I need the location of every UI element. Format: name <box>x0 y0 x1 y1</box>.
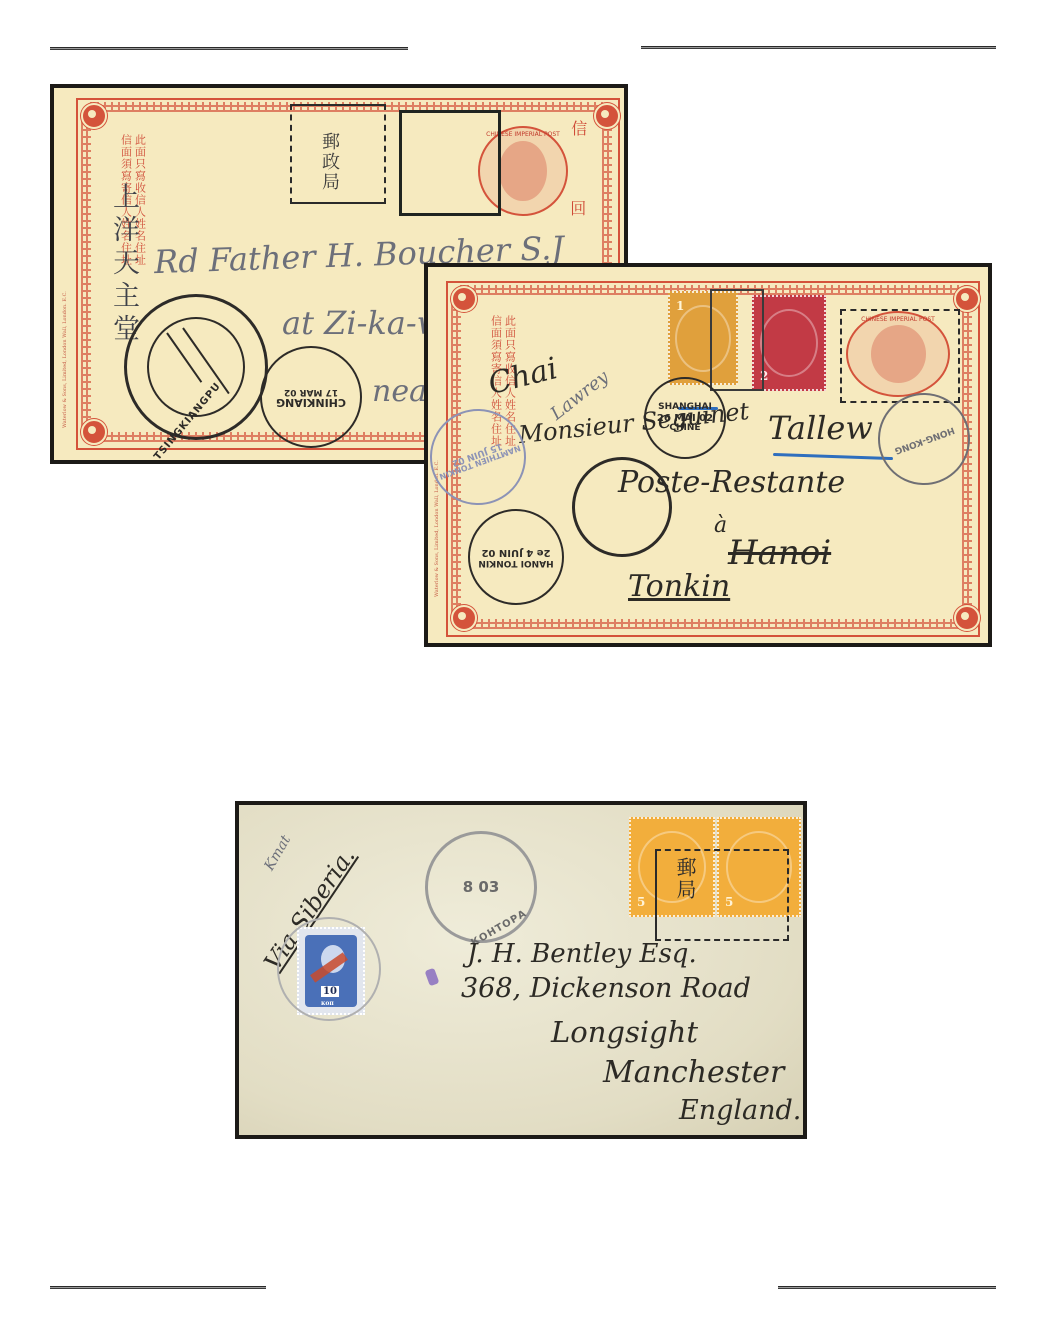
greek-key-border-bottom <box>460 619 966 629</box>
greek-key-border-left <box>81 114 91 432</box>
manuscript-chinese: 上洋天主堂 <box>104 182 143 347</box>
yin-yang-icon <box>954 605 980 631</box>
envelope-via-siberia: Kmat Via Siberia. 8 03 КОНТОРА 5 5 郵局 10… <box>235 801 807 1139</box>
address-line: Tonkin <box>628 569 730 604</box>
address-line: Hanoi <box>728 533 831 573</box>
printer-imprint: Waterlow & Sons, Limited, London Wall, L… <box>62 208 68 428</box>
top-rule-left <box>50 47 408 50</box>
bottom-right-glyph: 回 <box>568 200 585 217</box>
postmark-russian-faint <box>277 917 381 1021</box>
address-line: Longsight <box>551 1015 698 1049</box>
address-line: à <box>714 513 727 538</box>
yin-yang-icon <box>81 103 107 129</box>
postmark-chinkiang: CHINKIANG 17 MAR 02 <box>260 346 362 448</box>
boxed-chop <box>710 289 764 391</box>
bottom-rule-left <box>50 1286 266 1289</box>
top-rule-right <box>641 46 996 49</box>
yin-yang-icon <box>81 419 107 445</box>
address-line: Manchester <box>603 1055 784 1090</box>
address-line: 368, Dickenson Road <box>461 973 751 1004</box>
address-line: Tallew <box>768 409 873 447</box>
address-line: England. <box>679 1095 801 1126</box>
top-right-glyph: 信 <box>569 120 586 137</box>
address-line: J. H. Bentley Esq. <box>467 939 697 969</box>
postcard-2: 此面只寫收信人姓名住址 信面須寫寄信人姓名住址 Waterlow & Sons,… <box>424 263 992 647</box>
printer-imprint: Waterlow & Sons, Limited, London Wall, L… <box>434 377 440 597</box>
yin-yang-icon <box>451 605 477 631</box>
boxed-chop <box>840 309 960 403</box>
postmark-transit-chinese <box>572 457 672 557</box>
chop-text: 郵局 <box>671 857 700 901</box>
postmark-kontora: 8 03 КОНТОРА <box>425 831 537 943</box>
routing-note: Kmat <box>262 833 295 874</box>
boxed-chop <box>399 110 501 216</box>
yin-yang-icon <box>451 286 477 312</box>
postmark-shanghai: SHANGHAI 26 MAI 02 CHINE <box>644 377 726 459</box>
bottom-rule-right <box>778 1286 996 1289</box>
chop-text: 郵政局 <box>316 132 342 192</box>
postmark-tsingkiangpu: TSINGKIANGPU <box>124 294 268 440</box>
yin-yang-icon <box>594 103 620 129</box>
violet-ink-smudge <box>425 968 440 986</box>
postmark-hanoi: HANOI TONKIN 2e 4 JUIN 02 <box>468 509 564 605</box>
